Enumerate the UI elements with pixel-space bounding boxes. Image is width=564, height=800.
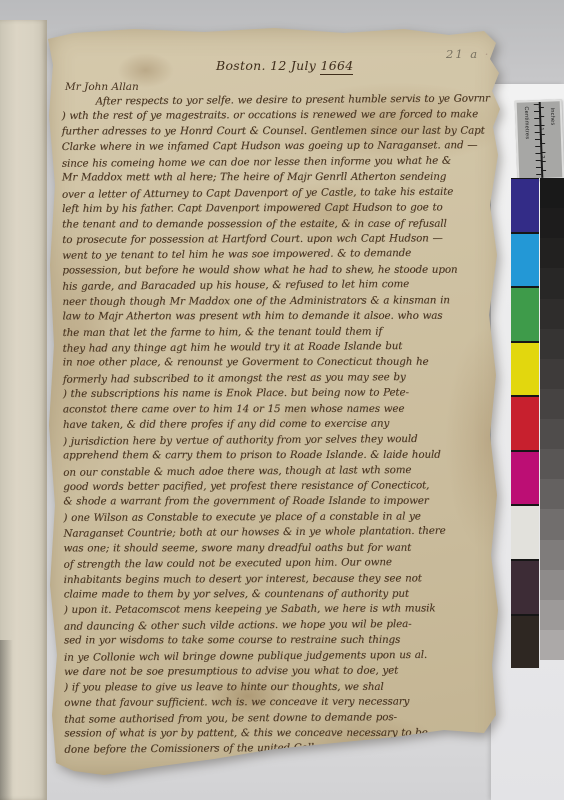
color-calibration-column <box>511 178 539 668</box>
manuscript-line: sed in yor wisdoms to take some course t… <box>64 634 500 650</box>
color-patch <box>511 343 539 396</box>
grayscale-step <box>540 299 564 329</box>
ruler-number-2: 2 <box>539 155 545 158</box>
manuscript-line: further adresses to ye Honrd Court & Cou… <box>62 124 498 140</box>
manuscript-line: ) wth the rest of ye magestraits. or occ… <box>62 108 498 125</box>
centimetres-label: Centimetres <box>523 106 530 139</box>
manuscript-line: on our constable & much adoe there was, … <box>63 463 499 482</box>
manuscript-line: done before the Comissioners of the unit… <box>64 741 500 760</box>
manuscript-line: Naraganset Countrie; both at our howses … <box>63 525 499 544</box>
grayscale-step <box>540 238 564 268</box>
manuscript-line: apprehend them & carry them to prison to… <box>63 449 499 465</box>
manuscript-line: session of what is yor by pattent, & thi… <box>64 727 500 743</box>
grayscale-step <box>540 208 564 238</box>
manuscript-line: aconstot there came over to him 14 or 15… <box>63 402 499 418</box>
grayscale-step <box>540 178 564 208</box>
grayscale-step <box>540 389 564 419</box>
letter-salutation: Mr John Allan <box>65 81 139 93</box>
color-patch <box>511 234 539 287</box>
manuscript-line: went to ye tenant to tel him he was soe … <box>62 247 498 266</box>
dateline-place-date: Boston. 12 July <box>216 58 316 73</box>
manuscript-line: & shode a warrant from the government of… <box>63 495 499 511</box>
color-patch <box>511 561 539 614</box>
color-patch <box>511 452 539 505</box>
manuscript-line: the tenant and to demande possession of … <box>62 217 498 233</box>
color-patch <box>511 616 539 669</box>
manuscript-line: law to Majr Atherton was present wth him… <box>63 310 499 326</box>
manuscript-line: left him by his father. Capt Davenport i… <box>62 201 498 218</box>
letter-body: After respects to yor selfe. we desire t… <box>62 93 501 759</box>
color-patch <box>511 179 539 232</box>
grayscale-step <box>540 570 564 600</box>
manuscript-line: we dare not be soe presumptious to advis… <box>64 664 500 681</box>
grayscale-step <box>540 419 564 449</box>
grayscale-step <box>540 329 564 359</box>
grayscale-step <box>540 630 564 660</box>
grayscale-step <box>540 509 564 539</box>
color-patch <box>511 397 539 450</box>
letter-page-wrap: 21 a Boston. 12 July 1664 Mr John Allan … <box>44 25 506 779</box>
letter-dateline: Boston. 12 July 1664 <box>216 58 353 73</box>
grayscale-step <box>540 600 564 630</box>
letter-page: 21 a Boston. 12 July 1664 Mr John Allan … <box>44 25 506 779</box>
inches-label: Inches <box>549 107 556 125</box>
grayscale-step <box>540 359 564 389</box>
manuscript-line: Mr Maddox mett wth al here; The heire of… <box>62 171 498 187</box>
manuscript-line: claime made to them by yor selves, & cou… <box>64 588 500 604</box>
color-patch <box>511 506 539 559</box>
ruler-number-1: 1 <box>538 127 544 130</box>
ruler-scale-card: Inches Centimetres 1 2 <box>515 99 564 181</box>
grayscale-step <box>540 540 564 570</box>
manuscript-line: ) the subscriptions his name is Enok Pla… <box>63 386 499 403</box>
color-patch <box>511 288 539 341</box>
manuscript-line: neer though though Mr Maddox one of the … <box>62 294 498 311</box>
grayscale-step <box>540 479 564 509</box>
grayscale-step <box>540 449 564 479</box>
grayscale-step <box>540 268 564 298</box>
manuscript-line: in ye Collonie wch wil bringe downe publ… <box>64 648 500 667</box>
manuscript-line: inhabitants begins much to desert yor in… <box>64 572 500 589</box>
pencil-folio-number: 21 a <box>446 47 490 61</box>
left-edge-shadow <box>0 640 13 800</box>
dateline-year-underlined: 1664 <box>320 58 353 75</box>
manuscript-photo: 21 a Boston. 12 July 1664 Mr John Allan … <box>0 0 564 800</box>
manuscript-line: formerly had subscribed to it amongst th… <box>63 370 499 389</box>
manuscript-line: over a letter of Atturney to Capt Davenp… <box>62 185 498 204</box>
manuscript-line: ) if you please to give us leave to hint… <box>64 680 500 696</box>
grayscale-wedge-column <box>540 178 564 660</box>
